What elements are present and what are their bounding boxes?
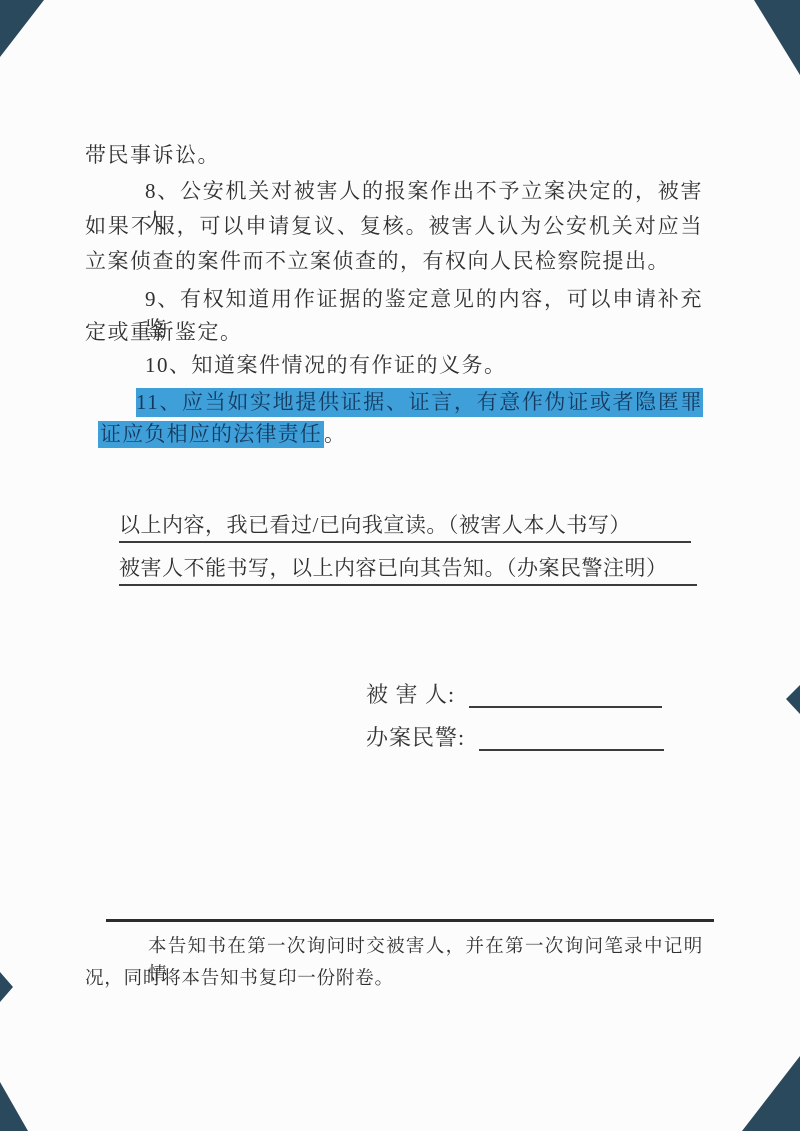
corner-shadow-bottom-right: [742, 1056, 800, 1131]
edge-shadow-left: [0, 972, 13, 1002]
item9-line-2: 定或重新鉴定。: [85, 317, 703, 347]
ack-informed-line: 被害人不能书写，以上内容已向其告知。（办案民警注明）: [119, 555, 697, 586]
victim-signature-blank: [469, 682, 662, 708]
document-page: 带民事诉讼。 8、公安机关对被害人的报案作出不予立案决定的，被害人 如果不服，可…: [0, 0, 800, 1131]
highlight-mark: 证应负相应的法律责任: [98, 421, 324, 448]
item11-line-2: 证应负相应的法律责任。: [85, 421, 346, 448]
victim-signature-row: 被 害 人:: [366, 682, 662, 708]
edge-shadow-right: [786, 685, 800, 714]
corner-shadow-bottom-left: [0, 1082, 28, 1131]
footer-note-line-2: 况，同时将本告知书复印一份附卷。: [85, 965, 394, 993]
paragraph-civil-suit-tail: 带民事诉讼。: [85, 140, 703, 170]
item10-line: 10、知道案件情况的有作证的义务。: [85, 350, 703, 380]
officer-signature-blank: [479, 725, 664, 751]
officer-signature-row: 办案民警:: [366, 725, 664, 751]
victim-signature-label: 被 害 人:: [366, 682, 455, 708]
officer-signature-label: 办案民警:: [366, 725, 465, 751]
footer-divider: [106, 919, 714, 922]
item11-line-1: 11、应当如实地提供证据、证言，有意作伪证或者隐匿罪: [85, 388, 703, 417]
ack-read-line: 以上内容，我已看过/已向我宣读。（被害人本人书写）: [119, 512, 691, 543]
item11-trailing-period: 。: [324, 422, 346, 446]
corner-shadow-top-left: [0, 0, 44, 57]
corner-shadow-top-right: [754, 0, 800, 75]
item8-line-3: 立案侦查的案件而不立案侦查的，有权向人民检察院提出。: [85, 246, 703, 276]
item8-line-2: 如果不服，可以申请复议、复核。被害人认为公安机关对应当: [85, 211, 703, 241]
highlight-mark: 11、应当如实地提供证据、证言，有意作伪证或者隐匿罪: [136, 388, 703, 417]
